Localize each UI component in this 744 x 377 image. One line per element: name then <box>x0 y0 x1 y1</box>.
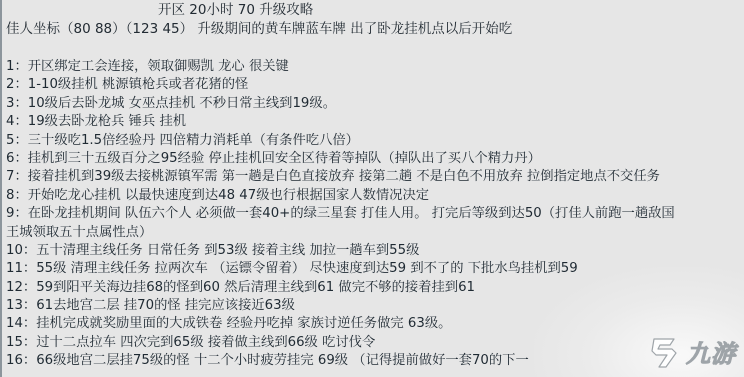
guide-step: 12：59到阳平关海边挂68的怪到60 然后清理主线到61 做完不够的接着挂到6… <box>6 279 742 297</box>
document-title: 开区 20小时 70 升级攻略 <box>158 2 313 18</box>
guide-step: 16：66级地宫二层挂75级的怪 十二个小时疲劳挂完 69级 （记得提前做好一套… <box>6 352 742 370</box>
guide-step: 9：在卧龙挂机期间 队伍六个人 必须做一套40+的绿三星套 打佳人用。 打完后等… <box>6 205 742 223</box>
guide-step: 8：开始吃龙心挂机 以最快速度到达48 47级也行根据国家人数情况决定 <box>6 187 742 205</box>
guide-step: 4：19级去卧龙枪兵 锤兵 挂机 <box>6 113 742 131</box>
guide-step-continuation: 王城领取五十点属性点） <box>6 224 742 242</box>
guide-step: 14：挂机完成就奖励里面的大成铁卷 经验丹吃掉 家族讨逆任务做完 63级。 <box>6 315 742 333</box>
guide-steps-list: 1：开区绑定工会连接，领取御赐凯 龙心 很关键 2：1-10级挂机 桃源镇枪兵或… <box>6 58 742 371</box>
guide-step: 6：挂机到三十五级百分之95经验 停止挂机回安全区待着等掉队（掉队出了买八个精力… <box>6 150 742 168</box>
document-page: 开区 20小时 70 升级攻略 佳人坐标（80 88）（123 45） 升级期间… <box>0 0 744 377</box>
document-subtitle: 佳人坐标（80 88）（123 45） 升级期间的黄车牌蓝车牌 出了卧龙挂机点以… <box>6 21 512 37</box>
guide-step: 5：三十级吃1.5倍经验丹 四倍精力消耗单（有条件吃八倍） <box>6 132 742 150</box>
guide-step: 3：10级后去卧龙城 女巫点挂机 不秒日常主线到19级。 <box>6 95 742 113</box>
guide-step: 10：五十清理主线任务 日常任务 到53级 接着主线 加拉一趟车到55级 <box>6 242 742 260</box>
guide-step: 11：55级 清理主线任务 拉两次车 （运镖令留着） 尽快速度到达59 到不了的… <box>6 260 742 278</box>
guide-step: 2：1-10级挂机 桃源镇枪兵或者花猪的怪 <box>6 76 742 94</box>
guide-step: 1：开区绑定工会连接，领取御赐凯 龙心 很关键 <box>6 58 742 76</box>
guide-step: 15：过十二点拉车 四次完到65级 接着做主线到66级 吃讨伐令 <box>6 334 742 352</box>
guide-step: 7：接着挂机到39级去接桃源镇军需 第一趟是白色直接放弃 接第二趟 不是白色不用… <box>6 168 742 186</box>
guide-step: 13：61去地宫二层 挂70的怪 挂完应该接近63级 <box>6 297 742 315</box>
